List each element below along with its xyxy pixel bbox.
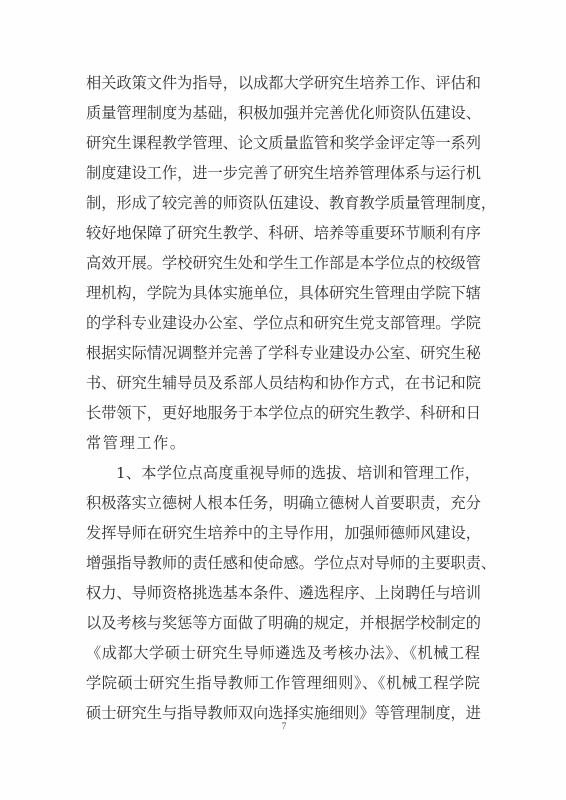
text-line: 质量管理制度为基础，积极加强并完善优化师资队伍建设、 <box>86 98 480 128</box>
text-line: 以及考核与奖惩等方面做了明确的规定，并根据学校制定的 <box>86 608 480 638</box>
text-line: 研究生课程教学管理、论文质量监管和奖学金评定等一系列 <box>86 128 480 158</box>
text-line: 制，形成了较完善的师资队伍建设、教育教学质量管理制度， <box>86 188 480 218</box>
text-line: 积极落实立德树人根本任务，明确立德树人首要职责，充分 <box>86 488 480 518</box>
text-line: 的学科专业建设办公室、学位点和研究生党支部管理。学院 <box>86 308 480 338</box>
text-line: 理机构，学院为具体实施单位，具体研究生管理由学院下辖 <box>86 278 480 308</box>
text-line: 长带领下，更好地服务于本学位点的研究生教学、科研和日 <box>86 398 480 428</box>
text-line: 权力、导师资格挑选基本条件、遴选程序、上岗聘任与培训 <box>86 578 480 608</box>
text-line: 增强指导教师的责任感和使命感。学位点对导师的主要职责、 <box>86 548 480 578</box>
text-line: 根据实际情况调整并完善了学科专业建设办公室、研究生秘 <box>86 338 480 368</box>
text-line: 制度建设工作，进一步完善了研究生培养管理体系与运行机 <box>86 158 480 188</box>
document-page: 相关政策文件为指导，以成都大学研究生培养工作、评估和 质量管理制度为基础，积极加… <box>0 0 566 800</box>
text-line: 较好地保障了研究生教学、科研、培养等重要环节顺利有序 <box>86 218 480 248</box>
text-line: 学院硕士研究生指导教师工作管理细则》、《机械工程学院 <box>86 668 480 698</box>
text-line: 书、研究生辅导员及系部人员结构和协作方式，在书记和院 <box>86 368 480 398</box>
text-line: 相关政策文件为指导，以成都大学研究生培养工作、评估和 <box>86 68 480 98</box>
paragraph-first-line: 1、本学位点高度重视导师的选拔、培训和管理工作， <box>86 458 480 488</box>
text-line: 高效开展。学校研究生处和学生工作部是本学位点的校级管 <box>86 248 480 278</box>
page-number: 7 <box>278 721 290 731</box>
text-line: 发挥导师在研究生培养中的主导作用，加强师德师风建设， <box>86 518 480 548</box>
body-text: 相关政策文件为指导，以成都大学研究生培养工作、评估和 质量管理制度为基础，积极加… <box>86 68 480 728</box>
text-line: 《成都大学硕士研究生导师遴选及考核办法》、《机械工程 <box>86 638 480 668</box>
text-line: 常管理工作。 <box>86 428 480 458</box>
